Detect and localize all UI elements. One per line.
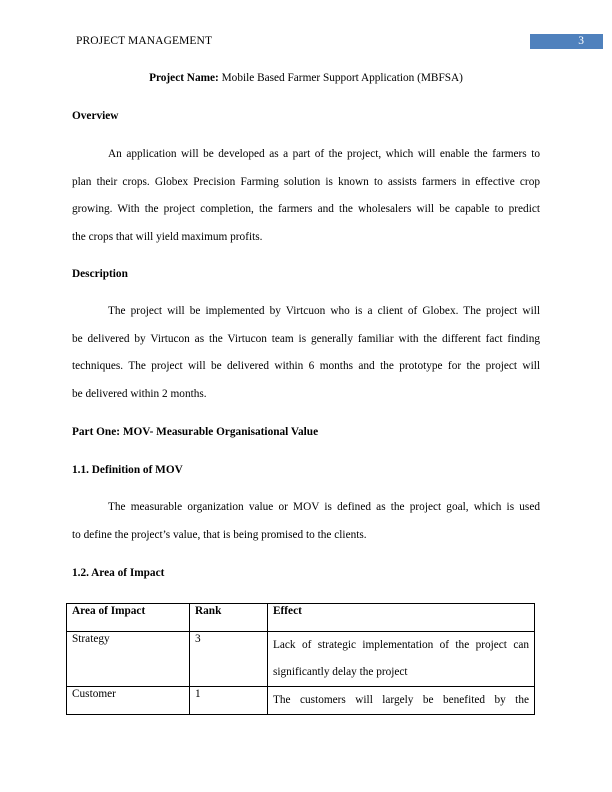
paragraph-line: The project will be implemented by Virtc… (72, 298, 540, 326)
page-number-badge: 3 (530, 34, 603, 49)
part-one-heading: Part One: MOV- Measurable Organisational… (72, 426, 318, 438)
area-of-impact-table: Area of Impact Rank Effect Strategy 3 La… (66, 603, 535, 715)
table-row: Strategy 3 Lack of strategic implementat… (67, 632, 535, 687)
area-cell: Customer (67, 687, 190, 715)
running-header-title: PROJECT MANAGEMENT (76, 35, 212, 47)
rank-cell: 3 (190, 632, 268, 687)
column-header: Rank (190, 604, 268, 632)
paragraph-line: The measurable organization value or MOV… (72, 494, 540, 522)
paragraph-line: growing. With the project completion, th… (72, 196, 540, 224)
overview-paragraph: An application will be developed as a pa… (72, 141, 540, 251)
area-of-impact-heading: 1.2. Area of Impact (72, 567, 164, 579)
description-heading: Description (72, 268, 128, 280)
paragraph-line: the crops that will yield maximum profit… (72, 224, 540, 252)
description-paragraph: The project will be implemented by Virtc… (72, 298, 540, 408)
effect-cell: The customers will largely be benefited … (268, 687, 535, 715)
overview-heading: Overview (72, 110, 118, 122)
project-name-line: Project Name: Mobile Based Farmer Suppor… (0, 72, 612, 84)
table-header-row: Area of Impact Rank Effect (67, 604, 535, 632)
column-header: Area of Impact (67, 604, 190, 632)
project-name-label: Project Name: (149, 72, 219, 84)
table-row: Customer 1 The customers will largely be… (67, 687, 535, 715)
project-name-value: Mobile Based Farmer Support Application … (222, 72, 463, 84)
paragraph-line: be delivered by Virtucon as the Virtucon… (72, 326, 540, 354)
rank-cell: 1 (190, 687, 268, 715)
paragraph-line: An application will be developed as a pa… (72, 141, 540, 169)
effect-cell: Lack of strategic implementation of the … (268, 632, 535, 687)
definition-heading: 1.1. Definition of MOV (72, 464, 183, 476)
paragraph-line: be delivered within 2 months. (72, 381, 540, 409)
paragraph-line: plan their crops. Globex Precision Farmi… (72, 169, 540, 197)
column-header: Effect (268, 604, 535, 632)
paragraph-line: techniques. The project will be delivere… (72, 353, 540, 381)
paragraph-line: to define the project’s value, that is b… (72, 522, 540, 550)
definition-paragraph: The measurable organization value or MOV… (72, 494, 540, 549)
area-cell: Strategy (67, 632, 190, 687)
